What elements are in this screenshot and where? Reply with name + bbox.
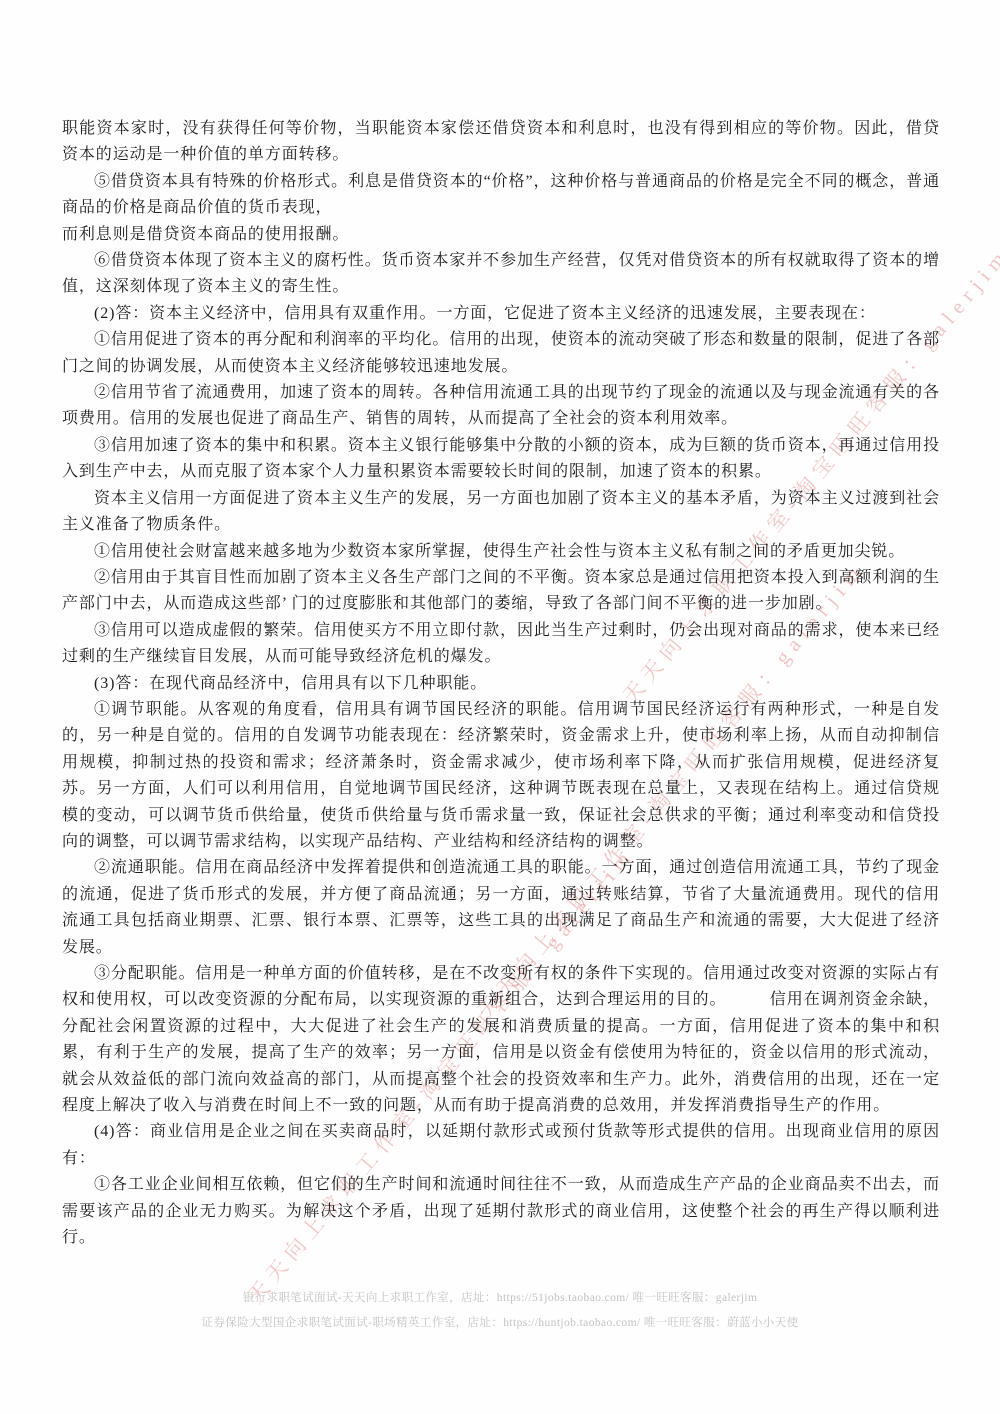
paragraph-answer-2-neg-point-2: ②信用由于其盲目性而加剧了资本主义各生产部门之间的不平衡。资本家总是通过信用把资…	[62, 565, 940, 618]
paragraph-answer-4-reason-1: ①各工业企业间相互依赖，但它们的生产时间和流通时间往往不一致，从而造成生产产品的…	[62, 1172, 940, 1251]
paragraph-answer-3-intro: (3)答：在现代商品经济中，信用具有以下几种职能。	[62, 671, 940, 697]
document-body: 职能资本家时，没有获得任何等价物，当职能资本家偿还借贷资本和利息时，也没有得到相…	[62, 116, 940, 1251]
footer-line-bank-studio: 银行求职笔试面试-天天向上求职工作室，店址：https://51jobs.tao…	[0, 1286, 1000, 1311]
paragraph-answer-2-intro: (2)答：资本主义经济中，信用具有双重作用。一方面，它促进了资本主义经济的迅速发…	[62, 301, 940, 327]
paragraph-interest-remuneration: 而利息则是借贷资本商品的使用报酬。	[62, 222, 940, 248]
paragraph-answer-2-neg-point-3: ③信用可以造成虚假的繁荣。信用使买方不用立即付款，因此当生产过剩时，仍会出现对商…	[62, 618, 940, 671]
paragraph-loan-capital-transfer: 职能资本家时，没有获得任何等价物，当职能资本家偿还借贷资本和利息时，也没有得到相…	[62, 116, 940, 169]
document-page: 天天向上求职工作室-淘宝旺旺客服：galerjim 天天向上求职工作室-淘宝旺旺…	[0, 0, 1000, 1414]
paragraph-answer-3-function-2: ②流通职能。信用在商品经济中发挥着提供和创造流通工具的职能。一方面，通过创造信用…	[62, 855, 940, 961]
paragraph-answer-2-neg-point-1: ①信用使社会财富越来越多地为少数资本家所掌握，使得生产社会性与资本主义私有制之间…	[62, 539, 940, 565]
paragraph-answer-2-contradiction: 资本主义信用一方面促进了资本主义生产的发展，另一方面也加剧了资本主义的基本矛盾，…	[62, 486, 940, 539]
paragraph-point-6-decadence: ⑥借贷资本体现了资本主义的腐朽性。货币资本家并不参加生产经营，仅凭对借贷资本的所…	[62, 248, 940, 301]
footer-line-securities-studio: 证券保险大型国企求职笔试面试-职场精英工作室，店址：https://huntjo…	[0, 1311, 1000, 1336]
footer: 银行求职笔试面试-天天向上求职工作室，店址：https://51jobs.tao…	[0, 1286, 1000, 1336]
paragraph-answer-2-point-3: ③信用加速了资本的集中和积累。资本主义银行能够集中分散的小额的资本，成为巨额的货…	[62, 433, 940, 486]
paragraph-answer-3-function-3: ③分配职能。信用是一种单方面的价值转移，是在不改变所有权的条件下实现的。信用通过…	[62, 961, 940, 1119]
paragraph-answer-4-intro: (4)答：商业信用是企业之间在买卖商品时，以延期付款形式或预付货款等形式提供的信…	[62, 1119, 940, 1172]
paragraph-point-5-price-form: ⑤借贷资本具有特殊的价格形式。利息是借贷资本的“价格”，这种价格与普通商品的价格…	[62, 169, 940, 222]
paragraph-answer-2-point-1: ①信用促进了资本的再分配和利润率的平均化。信用的出现，使资本的流动突破了形态和数…	[62, 327, 940, 380]
paragraph-answer-3-function-1: ①调节职能。从客观的角度看，信用具有调节国民经济的职能。信用调节国民经济运行有两…	[62, 697, 940, 855]
paragraph-answer-2-point-2: ②信用节省了流通费用，加速了资本的周转。各种信用流通工具的出现节约了现金的流通以…	[62, 380, 940, 433]
